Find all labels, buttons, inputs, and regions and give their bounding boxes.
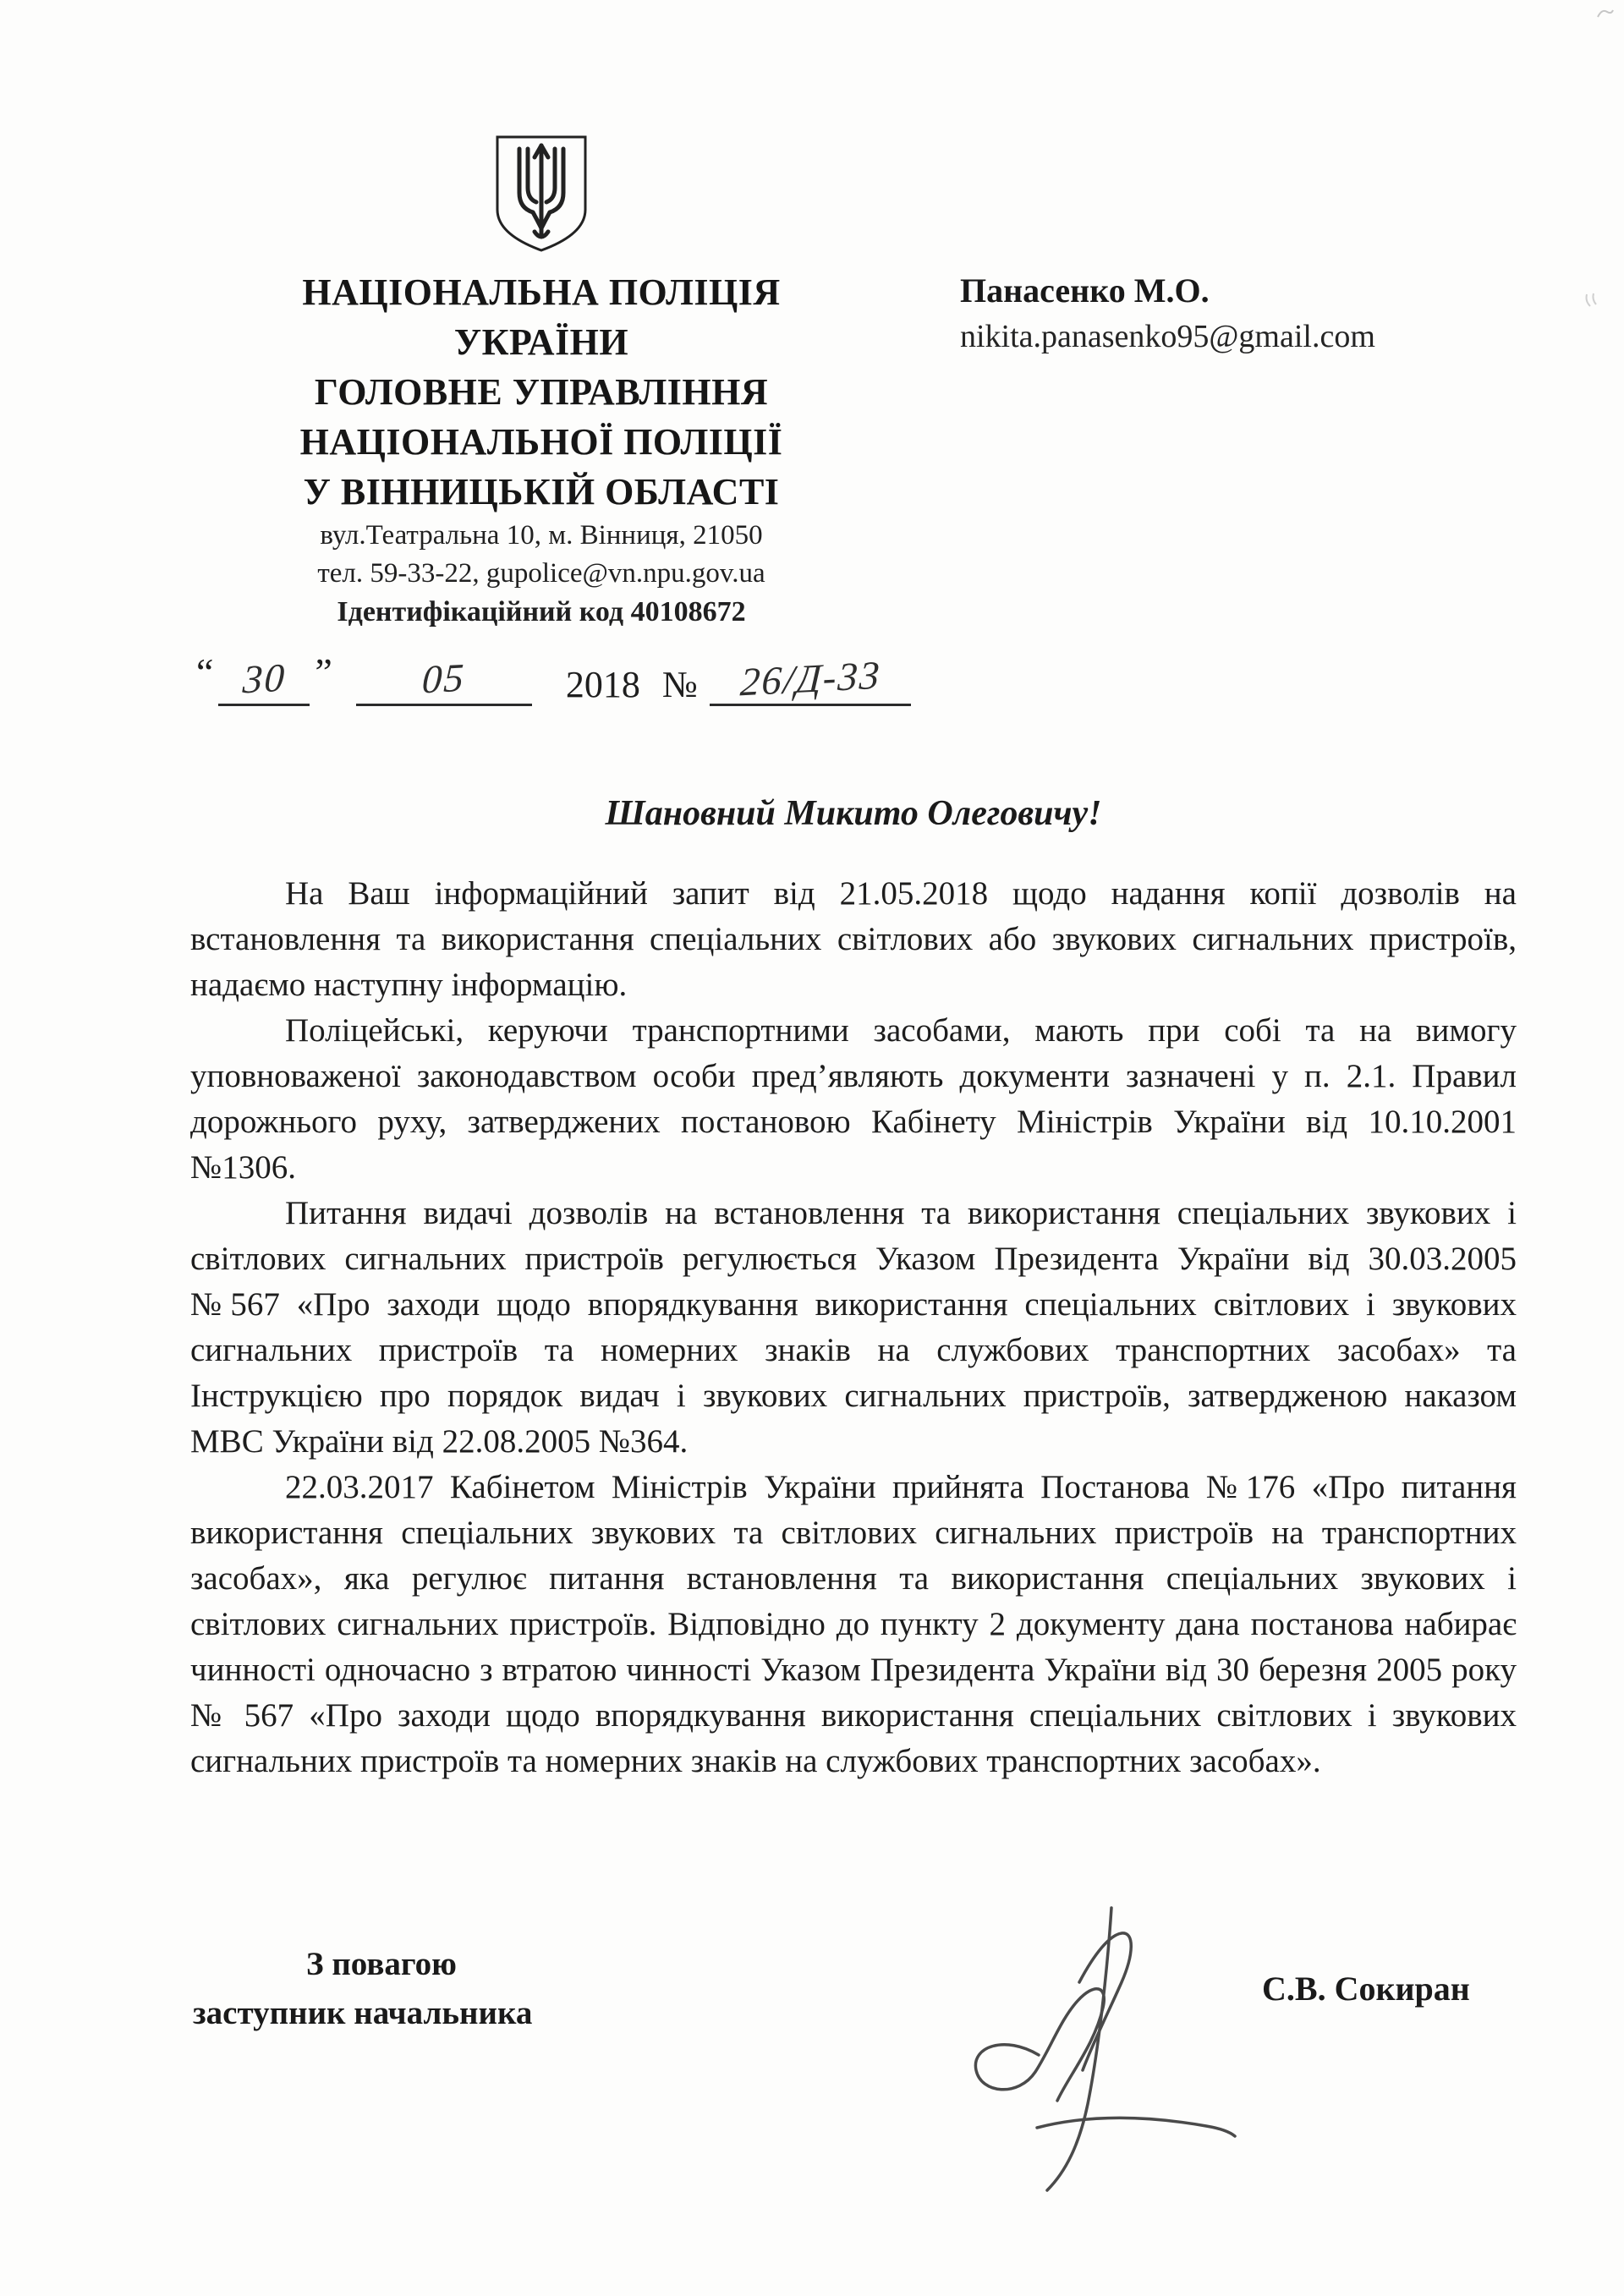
scanned-letter-page: НАЦІОНАЛЬНА ПОЛІЦІЯ УКРАЇНИ ГОЛОВНЕ УПРА…: [0, 0, 1624, 2296]
org-name-line: У ВІННИЦЬКІЙ ОБЛАСТІ: [245, 467, 837, 517]
recipient-block: Панасенко М.О. nikita.panasenko95@gmail.…: [960, 269, 1375, 360]
org-phone-email: тел. 59-33-22, gupolice@vn.npu.gov.ua: [245, 555, 837, 593]
ukraine-trident-emblem-icon: [491, 134, 591, 254]
org-name-line: НАЦІОНАЛЬНОЇ ПОЛІЦІЇ: [245, 417, 837, 467]
document-number-field: 26/Д-33: [710, 656, 911, 706]
salutation: Шановний Микито Олеговичу!: [190, 793, 1517, 834]
recipient-email: nikita.panasenko95@gmail.com: [960, 313, 1375, 360]
body-paragraph: 22.03.2017 Кабінетом Міністрів України п…: [190, 1465, 1517, 1784]
body-paragraph: Питання видачі дозволів на встановлення …: [190, 1191, 1517, 1465]
handwritten-signature: [937, 1901, 1267, 2197]
scan-artifact: [1583, 291, 1599, 310]
signature-closing: З повагою: [306, 1945, 457, 1983]
letter-body: На Ваш інформаційний запит від 21.05.201…: [190, 871, 1517, 1784]
org-name-line: УКРАЇНИ: [245, 317, 837, 367]
close-quote: ”: [310, 649, 337, 694]
number-sign: №: [662, 663, 698, 706]
handwritten-number: 26/Д-33: [738, 653, 881, 706]
recipient-name: Панасенко М.О.: [960, 269, 1375, 313]
date-and-number-line: “ 30 ” 05 2018 № 26/Д-33: [191, 656, 911, 706]
scan-artifact: [1595, 5, 1616, 22]
org-id-code: Ідентифікаційний код 40108672: [245, 593, 837, 631]
open-quote: “: [191, 649, 218, 694]
date-year: 2018: [566, 663, 640, 706]
date-day-field: 30: [218, 656, 310, 706]
body-paragraph: Поліцейські, керуючи транспортними засоб…: [190, 1008, 1517, 1191]
signer-title: заступник начальника: [193, 1994, 532, 2032]
org-address: вул.Театральна 10, м. Вінниця, 21050: [245, 517, 837, 555]
handwritten-day: 30: [242, 655, 288, 704]
signer-name: С.В. Сокиран: [1262, 1969, 1470, 2008]
org-name-line: НАЦІОНАЛЬНА ПОЛІЦІЯ: [245, 267, 837, 317]
org-name-line: ГОЛОВНЕ УПРАВЛІННЯ: [245, 367, 837, 417]
date-month-field: 05: [356, 656, 532, 706]
handwritten-month: 05: [421, 655, 467, 704]
letterhead: НАЦІОНАЛЬНА ПОЛІЦІЯ УКРАЇНИ ГОЛОВНЕ УПРА…: [245, 134, 837, 631]
body-paragraph: На Ваш інформаційний запит від 21.05.201…: [190, 871, 1517, 1008]
